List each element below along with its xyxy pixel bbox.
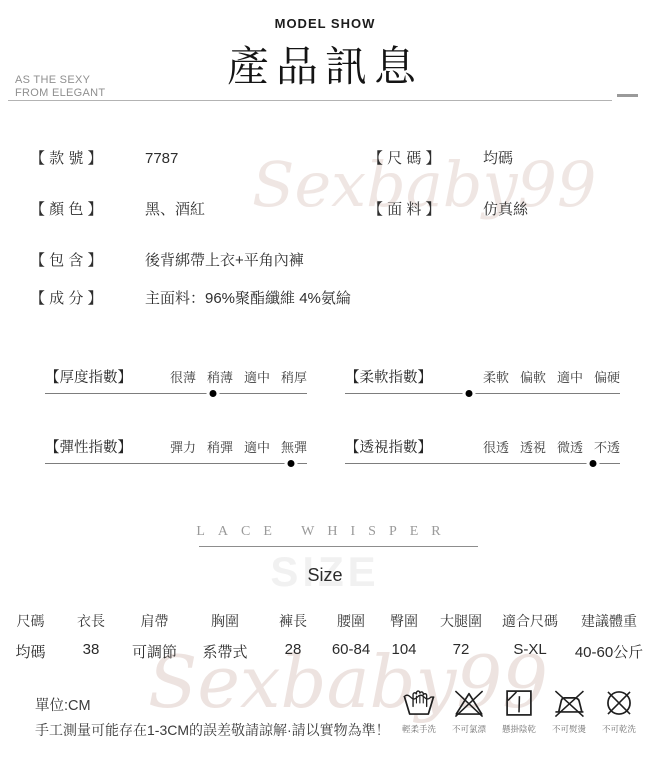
care-item-no-dry-clean: 不可乾洗: [594, 686, 644, 735]
index-option: 稍薄: [207, 367, 233, 386]
header-divider-line: [8, 100, 612, 101]
size-table-header: 腰圍: [324, 611, 378, 631]
care-instructions: 輕柔手洗 不可氯漂 懸掛陰乾 不可熨燙: [394, 686, 646, 735]
lace-underline: [199, 546, 478, 547]
size-table-header: 褲長: [262, 611, 324, 631]
care-item-no-bleach: 不可氯漂: [444, 686, 494, 735]
size-table-cell: 28: [262, 641, 324, 662]
softness-index: 【柔軟指數】 柔軟 偏軟 適中 偏硬: [345, 366, 620, 394]
index-option: 透視: [520, 437, 546, 456]
care-item-label: 懸掛陰乾: [494, 723, 544, 735]
hand-wash-icon: [402, 686, 436, 720]
care-item-label: 不可熨燙: [544, 723, 594, 735]
index-option: 偏軟: [520, 367, 546, 386]
index-label: 【柔軟指數】: [345, 366, 432, 387]
detail-style-no: 【 款 號 】 7787: [30, 147, 178, 168]
size-table-cell: 可調節: [121, 641, 188, 662]
index-dot: [589, 460, 596, 467]
care-item-no-iron: 不可熨燙: [544, 686, 594, 735]
care-item-label: 輕柔手洗: [394, 723, 444, 735]
index-option: 適中: [244, 367, 270, 386]
index-option: 適中: [244, 437, 270, 456]
size-table-header: 適合尺碼: [492, 611, 568, 631]
detail-color: 【 顏 色 】 黑、酒紅: [30, 198, 205, 219]
care-item-hang-dry: 懸掛陰乾: [494, 686, 544, 735]
size-table-header: 大腿圍: [430, 611, 492, 631]
tagline-line2: FROM ELEGANT: [15, 87, 105, 100]
index-dot: [209, 390, 216, 397]
detail-fabric: 【 面 料 】 仿真絲: [368, 198, 528, 219]
model-show-label: MODEL SHOW: [0, 16, 650, 31]
detail-value: 7787: [145, 150, 178, 167]
size-table-header: 衣長: [61, 611, 121, 631]
detail-label: 【 尺 碼 】: [368, 147, 463, 168]
index-dot: [465, 390, 472, 397]
measurement-disclaimer: 手工測量可能存在1-3CM的誤差敬請諒解·請以實物為準！: [35, 720, 390, 740]
care-item-hand-wash: 輕柔手洗: [394, 686, 444, 735]
index-option: 不透: [594, 437, 620, 456]
index-option: 微透: [557, 437, 583, 456]
detail-value: 後背綁帶上衣+平角內褲: [145, 249, 304, 270]
care-item-label: 不可氯漂: [444, 723, 494, 735]
size-table-cell: S-XL: [492, 641, 568, 662]
index-scale-line: [345, 393, 620, 394]
detail-label: 【 款 號 】: [30, 147, 125, 168]
size-table-cell: 40-60公斤: [568, 641, 650, 662]
no-dry-clean-icon: [602, 686, 636, 720]
index-scale-line: [45, 393, 307, 394]
index-option: 柔軟: [483, 367, 509, 386]
detail-size: 【 尺 碼 】 均碼: [368, 147, 513, 168]
index-label: 【透視指數】: [345, 436, 432, 457]
no-bleach-icon: [452, 686, 486, 720]
size-section-title: Size: [0, 565, 650, 586]
tagline: AS THE SEXY FROM ELEGANT: [15, 74, 105, 99]
size-table-cell: 均碼: [0, 641, 61, 662]
index-option: 很薄: [170, 367, 196, 386]
index-scale-line: [45, 463, 307, 464]
care-item-label: 不可乾洗: [594, 723, 644, 735]
index-label: 【彈性指數】: [45, 436, 132, 457]
detail-value: 均碼: [483, 147, 513, 168]
index-option: 適中: [557, 367, 583, 386]
index-option: 稍厚: [281, 367, 307, 386]
detail-includes: 【 包 含 】 後背綁帶上衣+平角內褲: [30, 249, 304, 270]
size-table-cell: 系帶式: [188, 641, 262, 662]
index-option: 稍彈: [207, 437, 233, 456]
size-table-header: 尺碼: [0, 611, 61, 631]
lace-whisper-divider: LACE WHISPER: [0, 524, 650, 540]
detail-value: 仿真絲: [483, 198, 528, 219]
size-table-cell: 104: [378, 641, 430, 662]
size-table-cell: 72: [430, 641, 492, 662]
index-dot: [288, 460, 295, 467]
no-iron-icon: [552, 686, 586, 720]
tagline-line1: AS THE SEXY: [15, 74, 105, 87]
detail-value: 黑、酒紅: [145, 198, 205, 219]
detail-label: 【 包 含 】: [30, 249, 125, 270]
detail-composition: 【 成 分 】 主面料：96%聚酯纖維 4%氨綸: [30, 287, 351, 308]
size-table-header-row: 尺碼 衣長 肩帶 胸圍 褲長 腰圍 臀圍 大腿圍 適合尺碼 建議體重: [0, 611, 650, 631]
detail-label: 【 成 分 】: [30, 287, 125, 308]
size-table-header: 胸圍: [188, 611, 262, 631]
elasticity-index: 【彈性指數】 彈力 稍彈 適中 無彈: [45, 436, 307, 464]
header-dash: [617, 94, 638, 97]
size-table-value-row: 均碼 38 可調節 系帶式 28 60-84 104 72 S-XL 40-60…: [0, 641, 650, 662]
hang-dry-icon: [502, 686, 536, 720]
index-option: 彈力: [170, 437, 196, 456]
size-table-header: 建議體重: [568, 611, 650, 631]
size-table-header: 臀圍: [378, 611, 430, 631]
index-option: 很透: [483, 437, 509, 456]
unit-note: 單位:CM: [35, 694, 91, 715]
product-info-page: Sexbaby99 Sexbaby99 SIZE MODEL SHOW 產品訊息…: [0, 0, 650, 765]
index-option: 無彈: [281, 437, 307, 456]
transparency-index: 【透視指數】 很透 透視 微透 不透: [345, 436, 620, 464]
detail-label: 【 面 料 】: [368, 198, 463, 219]
size-table-cell: 60-84: [324, 641, 378, 662]
detail-value: 主面料：96%聚酯纖維 4%氨綸: [145, 287, 351, 308]
index-label: 【厚度指數】: [45, 366, 132, 387]
size-table-header: 肩帶: [121, 611, 188, 631]
thickness-index: 【厚度指數】 很薄 稍薄 適中 稍厚: [45, 366, 307, 394]
size-table-cell: 38: [61, 641, 121, 662]
index-option: 偏硬: [594, 367, 620, 386]
index-scale-line: [345, 463, 620, 464]
detail-label: 【 顏 色 】: [30, 198, 125, 219]
